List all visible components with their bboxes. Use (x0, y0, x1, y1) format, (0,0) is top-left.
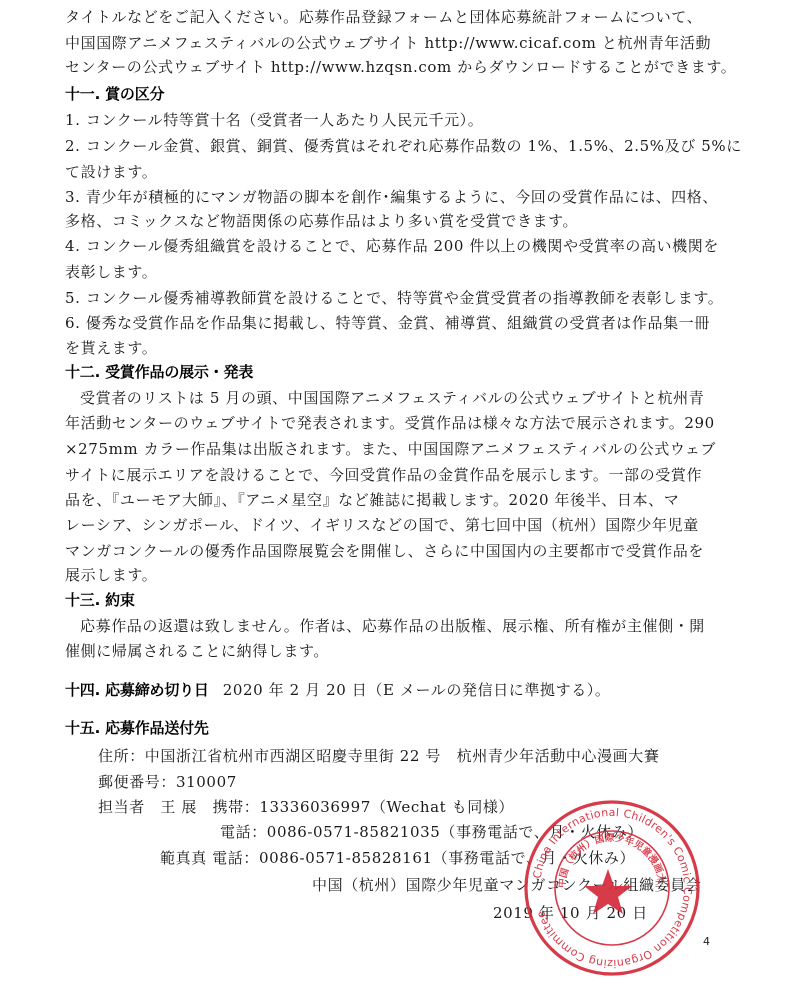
organizer-line: 中国（杭州）国際少年児童マンガコンクール組織委員会 (312, 875, 701, 895)
section-12-line: 年活動センターのウェブサイトで発表されます。受賞作品は様々な方法で展示されます。… (65, 413, 715, 433)
section-11-line: 2. コンクール金賞、銀賞、銅賞、優秀賞はそれぞれ応募作品数の 1%、1.5%、… (65, 136, 742, 156)
section-11-line: 多格、コミックスなど物語関係の応募作品はより多い賞を受賞できます。 (65, 211, 578, 231)
contact-line: 担当者 王 展 携帯：13336036997（Wechat も同様） (98, 797, 514, 817)
section-11-line: 6. 優秀な受賞作品を作品集に掲載し、特等賞、金賞、補導賞、組織賞の受賞者は作品… (65, 313, 710, 333)
postal-code-line: 郵便番号：310007 (98, 772, 237, 792)
section-14-heading: 十四. 応募締め切り日2020 年 2 月 20 日（E メールの発信日に準拠す… (65, 680, 611, 700)
fax-line: 範真真 電話：0086-0571-85828161（事務電話で、月・火休み） (160, 848, 635, 868)
page-number: 4 (703, 935, 710, 948)
address-line: 住所：中国浙江省杭州市西湖区昭慶寺里街 22 号 杭州青少年活動中心漫画大賽 (98, 746, 659, 766)
section-14-title: 十四. 応募締め切り日 (65, 681, 209, 699)
section-11-line: 表彰します。 (65, 262, 157, 282)
section-11-line: 1. コンクール特等賞十名（受賞者一人あたり人民元千元）。 (65, 110, 483, 130)
section-12-line: マンガコンクールの優秀作品国際展覧会を開催し、さらに中国国内の主要都市で受賞作品… (65, 541, 704, 561)
section-11-line: 4. コンクール優秀組織賞を設けることで、応募作品 200 件以上の機関や受賞率… (65, 236, 719, 256)
intro-line-1: タイトルなどをご記入ください。応募作品登録フォームと団体応募統計フォームについて… (65, 7, 702, 27)
section-12-line: レーシア、シンガポール、ドイツ、イギリスなどの国で、第七回中国（杭州）国際少年児… (65, 515, 699, 535)
deadline-text: 2020 年 2 月 20 日（E メールの発信日に準拠する）。 (223, 681, 611, 699)
section-11-line: 5. コンクール優秀補導教師賞を設けることで、特等賞や金賞受賞者の指導教師を表彰… (65, 288, 723, 308)
section-12-line: ×275mm カラー作品集は出版されます。また、中国国際アニメフェスティバルの公… (65, 439, 716, 459)
intro-line-3: センターの公式ウェブサイト http://www.hzqsn.com からダウン… (65, 57, 736, 77)
section-11-heading: 十一. 賞の区分 (65, 84, 164, 104)
date-line: 2019 年 10 月 20 日 (493, 903, 648, 923)
phone-line: 電話：0086-0571-85821035（事務電話で、月・火休み） (220, 822, 643, 842)
section-11-line: 3. 青少年が積極的にマンガ物語の脚本を創作･編集するように、今回の受賞作品には… (65, 187, 718, 207)
section-13-line: 応募作品の返還は致しません。作者は、応募作品の出版権、展示権、所有権が主催側・開 (80, 616, 705, 636)
section-11-line: て設けます。 (65, 162, 157, 182)
section-12-heading: 十二. 受賞作品の展示・発表 (65, 362, 253, 382)
section-12-line: 展示します。 (65, 565, 157, 585)
section-12-line: サイトに展示エリアを設けることで、今回受賞作品の金賞作品を展示します。一部の受賞… (65, 465, 702, 485)
intro-line-2: 中国国際アニメフェスティバルの公式ウェブサイト http://www.cicaf… (65, 33, 711, 53)
document-page: タイトルなどをご記入ください。応募作品登録フォームと団体応募統計フォームについて… (0, 0, 800, 1000)
section-11-line: を貰えます。 (65, 338, 157, 358)
section-13-heading: 十三. 約束 (65, 590, 135, 610)
section-13-line: 催側に帰属されることに納得します。 (65, 641, 329, 661)
section-12-line: 品を、『ユーモア大師』、『アニメ星空』など雑誌に掲載します。2020 年後半、日… (65, 490, 679, 510)
section-12-line: 受賞者のリストは 5 月の頭、中国国際アニメフェスティバルの公式ウェブサイトと杭… (80, 388, 704, 408)
section-15-heading: 十五. 応募作品送付先 (65, 718, 209, 738)
